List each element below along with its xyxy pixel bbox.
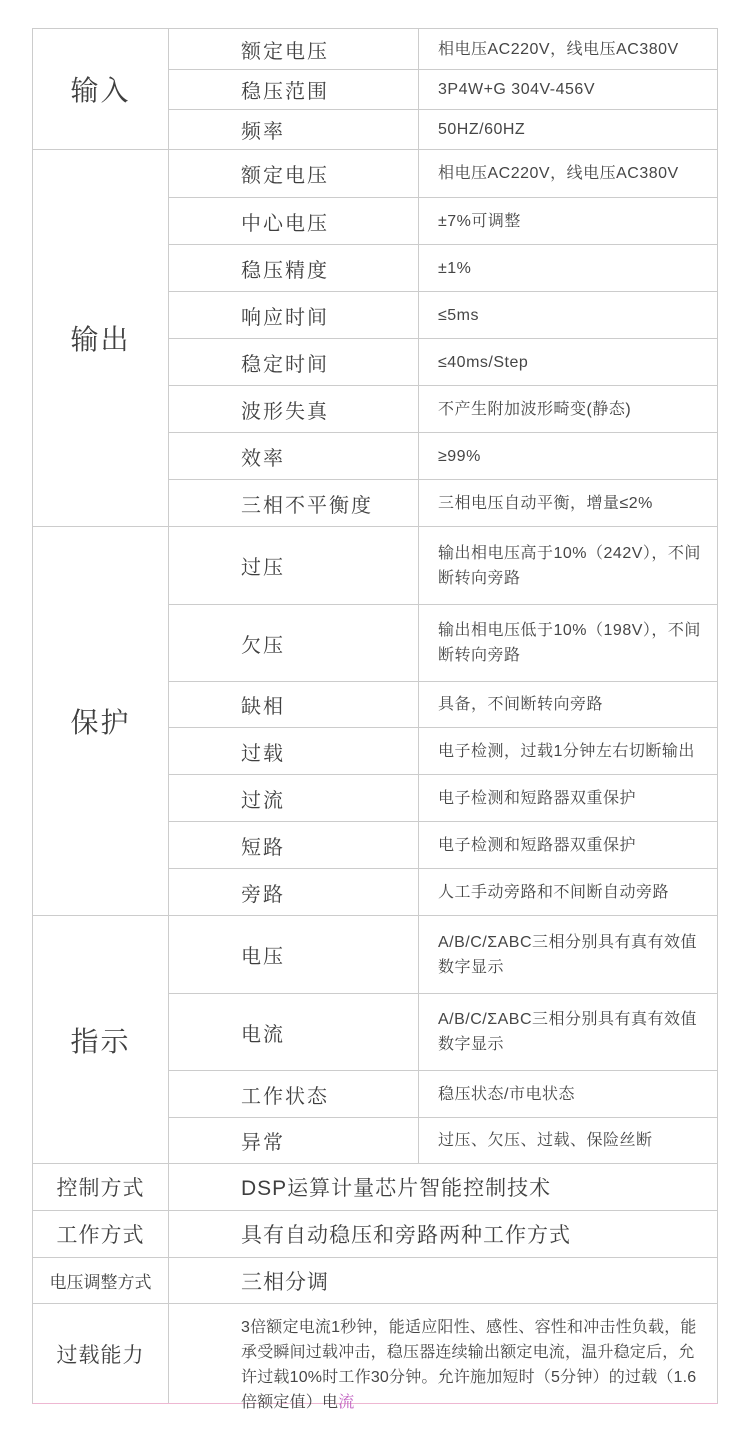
table-row: 缺相 具备，不间断转向旁路 (169, 681, 717, 727)
table-row: 中心电压 ±7%可调整 (169, 197, 717, 244)
table-row: 效率 ≥99% (169, 432, 717, 479)
spec-value: 三相电压自动平衡，增量≤2% (419, 480, 717, 526)
spec-value: 过压、欠压、过载、保险丝断 (419, 1118, 717, 1163)
spec-name: 异常 (169, 1118, 419, 1163)
spec-name: 旁路 (169, 869, 419, 915)
spec-value: ≤5ms (419, 292, 717, 338)
spec-name: 三相不平衡度 (169, 480, 419, 526)
spec-name: 控制方式 (33, 1164, 169, 1210)
spec-value: DSP运算计量芯片智能控制技术 (169, 1164, 717, 1210)
spec-value: 稳压状态/市电状态 (419, 1071, 717, 1117)
table-row: 稳定时间 ≤40ms/Step (169, 338, 717, 385)
spec-name: 缺相 (169, 682, 419, 727)
spec-value: 具有自动稳压和旁路两种工作方式 (169, 1211, 717, 1257)
spec-name: 过载能力 (33, 1304, 169, 1403)
spec-value: 三相分调 (169, 1258, 717, 1303)
table-row: 频率 50HZ/60HZ (169, 109, 717, 149)
row-control-method: 控制方式 DSP运算计量芯片智能控制技术 (33, 1163, 717, 1210)
spec-name: 额定电压 (169, 150, 419, 197)
spec-name: 效率 (169, 433, 419, 479)
overload-accent-text: 流 (338, 1394, 354, 1411)
table-row: 稳压精度 ±1% (169, 244, 717, 291)
spec-value: 具备，不间断转向旁路 (419, 682, 717, 727)
spec-value: 输出相电压高于10%（242V），不间断转向旁路 (419, 527, 717, 604)
table-row: 电压 A/B/C/ΣABC三相分别具有真有效值数字显示 (169, 916, 717, 993)
table-row: 过载 电子检测，过载1分钟左右切断输出 (169, 727, 717, 774)
spec-value: A/B/C/ΣABC三相分别具有真有效值数字显示 (419, 994, 717, 1070)
row-work-method: 工作方式 具有自动稳压和旁路两种工作方式 (33, 1210, 717, 1257)
spec-name: 稳压精度 (169, 245, 419, 291)
spec-name: 电压 (169, 916, 419, 993)
spec-name: 过压 (169, 527, 419, 604)
spec-name: 工作状态 (169, 1071, 419, 1117)
spec-value: 电子检测和短路器双重保护 (419, 822, 717, 868)
table-row: 过压 输出相电压高于10%（242V），不间断转向旁路 (169, 527, 717, 604)
spec-value: A/B/C/ΣABC三相分别具有真有效值数字显示 (419, 916, 717, 993)
spec-value: 人工手动旁路和不间断自动旁路 (419, 869, 717, 915)
section-input: 输入 额定电压 相电压AC220V，线电压AC380V 稳压范围 3P4W+G … (33, 29, 717, 149)
spec-name: 短路 (169, 822, 419, 868)
spec-name: 欠压 (169, 605, 419, 681)
table-row: 波形失真 不产生附加波形畸变(静态) (169, 385, 717, 432)
spec-name: 中心电压 (169, 198, 419, 244)
spec-value: 相电压AC220V，线电压AC380V (419, 29, 717, 69)
section-label: 指示 (33, 916, 169, 1163)
spec-value: 不产生附加波形畸变(静态) (419, 386, 717, 432)
spec-name: 响应时间 (169, 292, 419, 338)
spec-value: 电子检测，过载1分钟左右切断输出 (419, 728, 717, 774)
spec-value: 3倍额定电流1秒钟，能适应阳性、感性、容性和冲击性负载，能承受瞬间过载冲击，稳压… (169, 1304, 717, 1403)
spec-value: ≤40ms/Step (419, 339, 717, 385)
spec-value: 3P4W+G 304V-456V (419, 70, 717, 109)
spec-name: 过流 (169, 775, 419, 821)
spec-name: 过载 (169, 728, 419, 774)
table-row: 旁路 人工手动旁路和不间断自动旁路 (169, 868, 717, 915)
section-indication: 指示 电压 A/B/C/ΣABC三相分别具有真有效值数字显示 电流 A/B/C/… (33, 915, 717, 1163)
section-label: 输入 (33, 29, 169, 149)
section-protection: 保护 过压 输出相电压高于10%（242V），不间断转向旁路 欠压 输出相电压低… (33, 526, 717, 915)
row-voltage-adjust-method: 电压调整方式 三相分调 (33, 1257, 717, 1303)
table-row: 响应时间 ≤5ms (169, 291, 717, 338)
section-label: 输出 (33, 150, 169, 526)
spec-value: 电子检测和短路器双重保护 (419, 775, 717, 821)
table-row: 三相不平衡度 三相电压自动平衡，增量≤2% (169, 479, 717, 526)
spec-table: 输入 额定电压 相电压AC220V，线电压AC380V 稳压范围 3P4W+G … (32, 28, 718, 1404)
spec-name: 稳定时间 (169, 339, 419, 385)
spec-value: 输出相电压低于10%（198V），不间断转向旁路 (419, 605, 717, 681)
table-row: 欠压 输出相电压低于10%（198V），不间断转向旁路 (169, 604, 717, 681)
spec-name: 工作方式 (33, 1211, 169, 1257)
table-row: 异常 过压、欠压、过载、保险丝断 (169, 1117, 717, 1163)
spec-value: ≥99% (419, 433, 717, 479)
spec-value: ±1% (419, 245, 717, 291)
row-overload-capacity: 过载能力 3倍额定电流1秒钟，能适应阳性、感性、容性和冲击性负载，能承受瞬间过载… (33, 1303, 717, 1403)
section-label: 保护 (33, 527, 169, 915)
table-row: 短路 电子检测和短路器双重保护 (169, 821, 717, 868)
overload-text: 3倍额定电流1秒钟，能适应阳性、感性、容性和冲击性负载，能承受瞬间过载冲击，稳压… (241, 1319, 697, 1411)
table-row: 额定电压 相电压AC220V，线电压AC380V (169, 150, 717, 197)
spec-name: 稳压范围 (169, 70, 419, 109)
spec-name: 波形失真 (169, 386, 419, 432)
section-output: 输出 额定电压 相电压AC220V，线电压AC380V 中心电压 ±7%可调整 … (33, 149, 717, 526)
table-row: 电流 A/B/C/ΣABC三相分别具有真有效值数字显示 (169, 993, 717, 1070)
table-row: 工作状态 稳压状态/市电状态 (169, 1070, 717, 1117)
spec-name: 频率 (169, 110, 419, 149)
spec-name: 电压调整方式 (33, 1258, 169, 1303)
spec-name: 额定电压 (169, 29, 419, 69)
spec-name: 电流 (169, 994, 419, 1070)
spec-value: 50HZ/60HZ (419, 110, 717, 149)
table-row: 过流 电子检测和短路器双重保护 (169, 774, 717, 821)
table-row: 额定电压 相电压AC220V，线电压AC380V (169, 29, 717, 69)
table-row: 稳压范围 3P4W+G 304V-456V (169, 69, 717, 109)
spec-value: ±7%可调整 (419, 198, 717, 244)
spec-value: 相电压AC220V，线电压AC380V (419, 150, 717, 197)
